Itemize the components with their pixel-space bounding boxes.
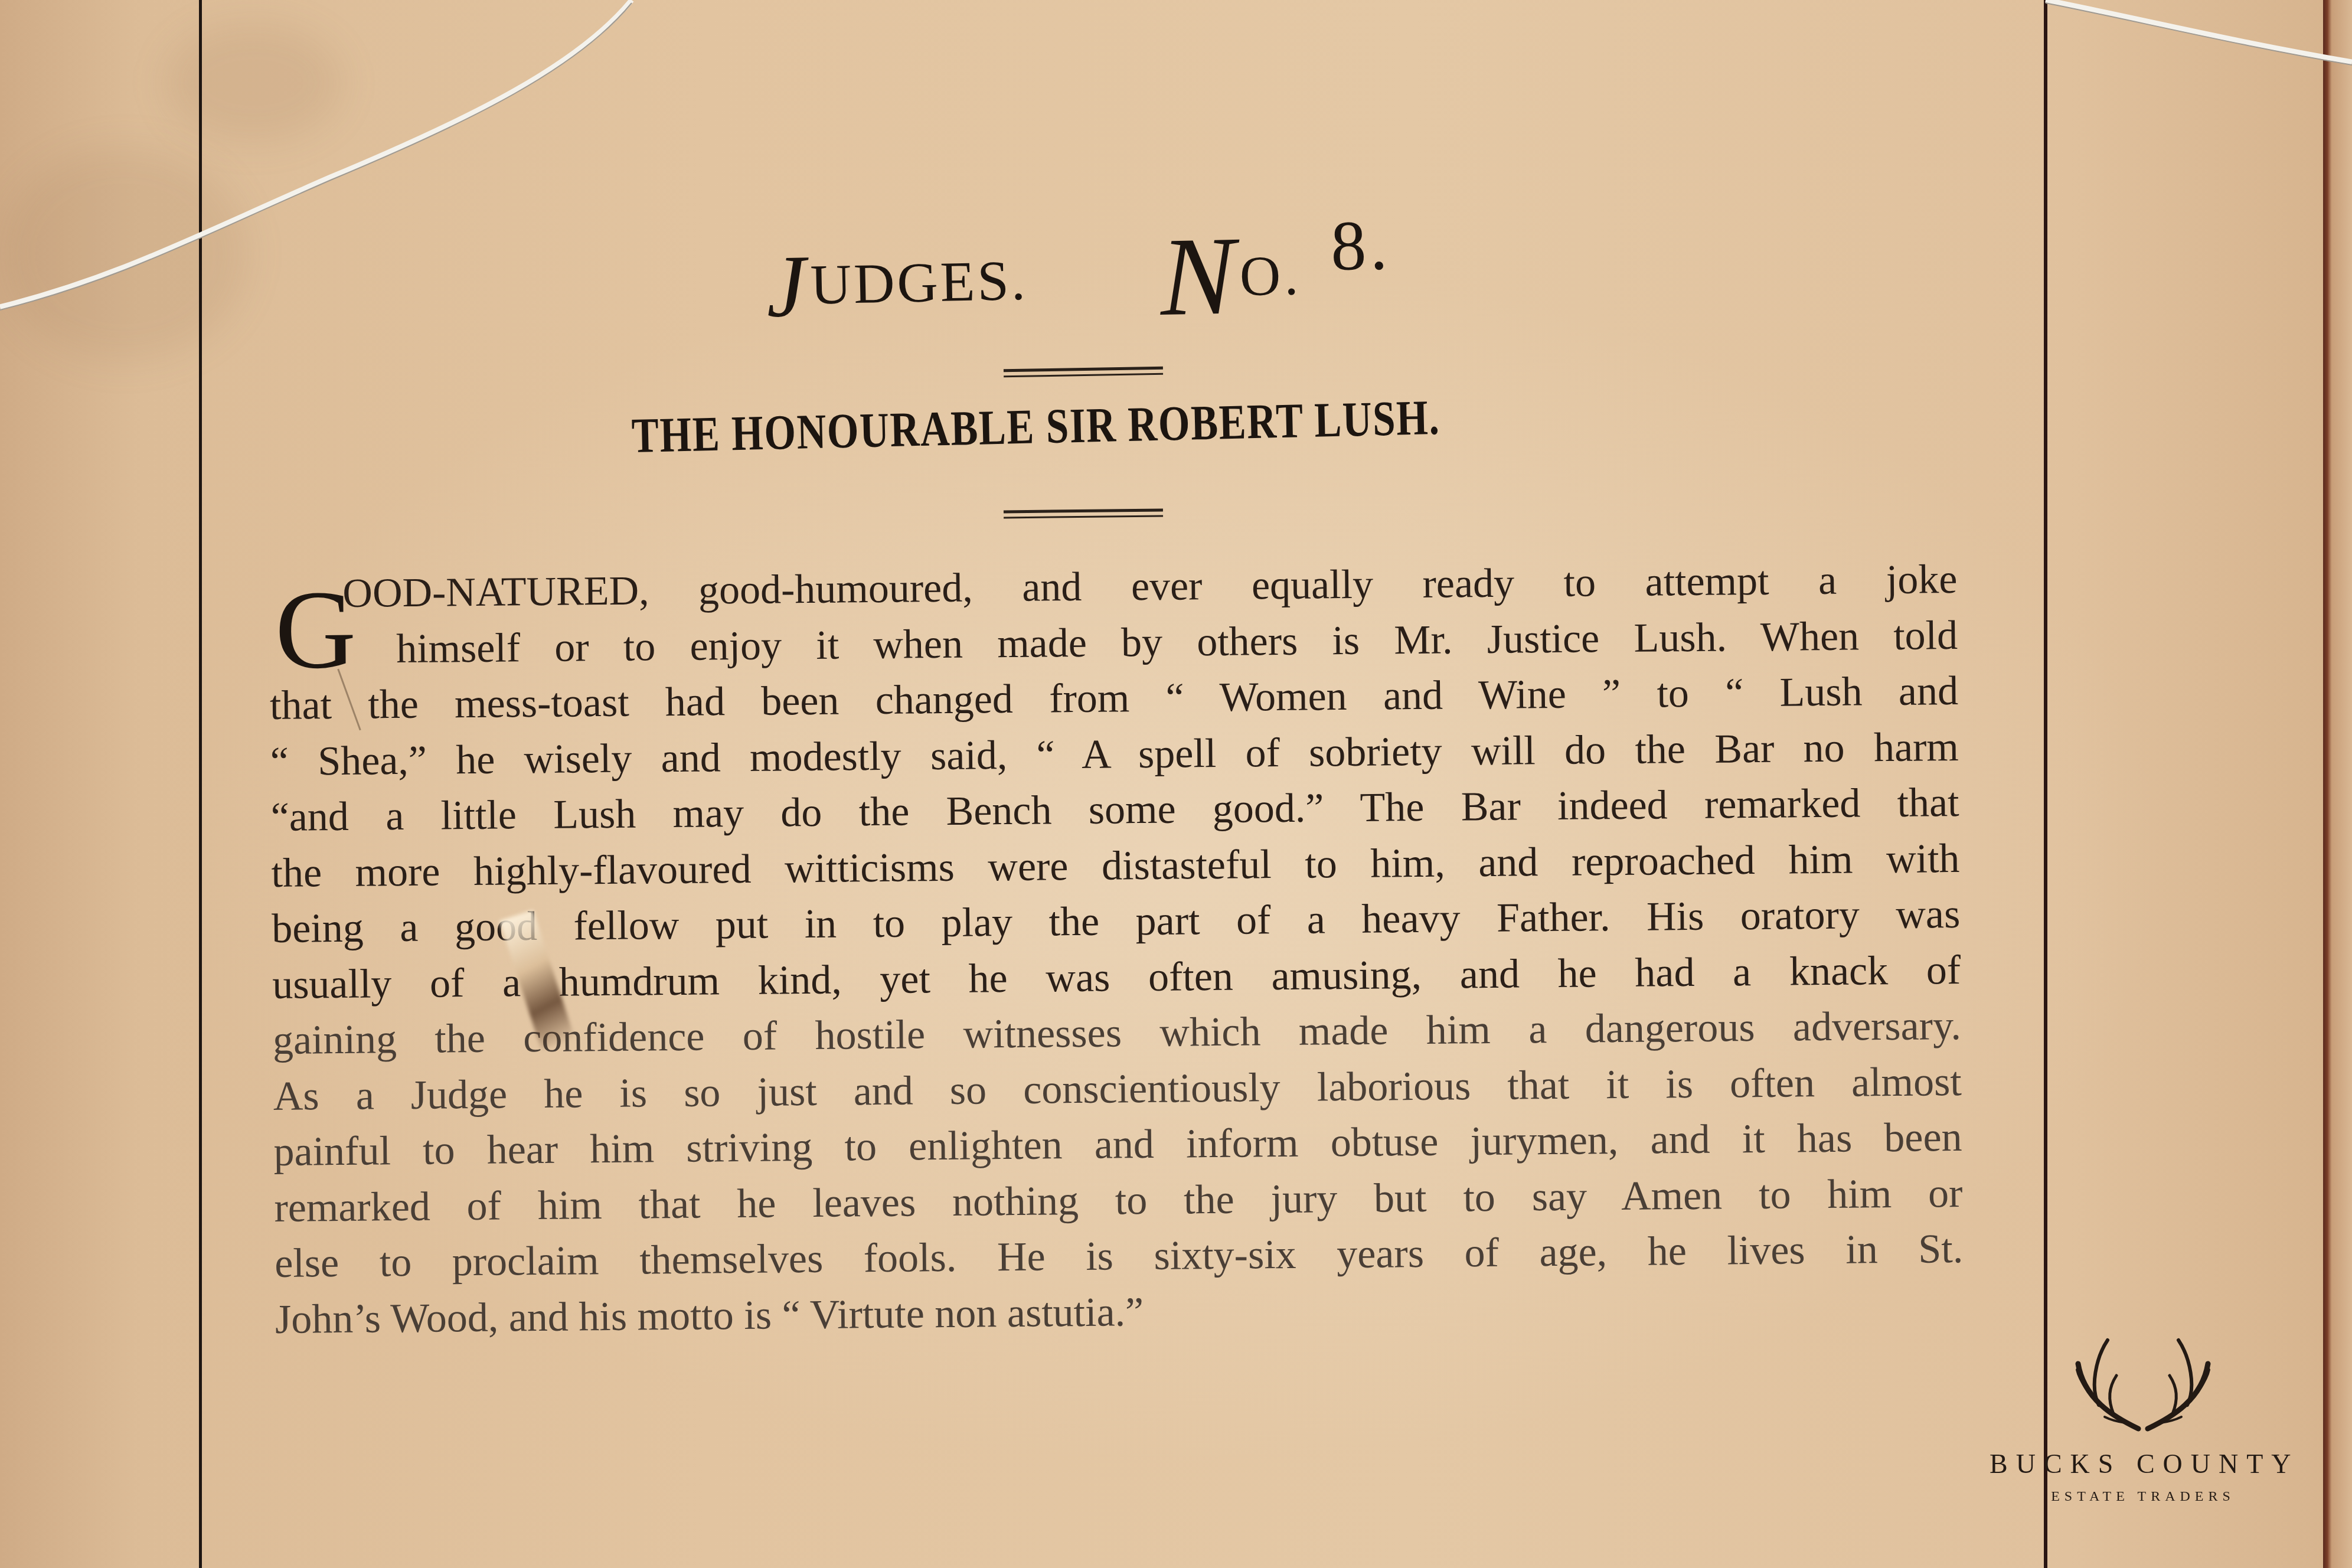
series-title: JUDGES. NO.8. bbox=[767, 195, 1476, 348]
watermark-title: BUCKS COUNTY bbox=[1990, 1448, 2297, 1479]
paper-stain bbox=[0, 148, 248, 360]
title-number: NO.8. bbox=[1159, 204, 1393, 342]
watermark-logo: BUCKS COUNTY ESTATE TRADERS bbox=[1990, 1334, 2297, 1505]
watermark-subtitle: ESTATE TRADERS bbox=[1990, 1489, 2297, 1505]
title-no-initial: N bbox=[1159, 211, 1240, 342]
left-margin-rule bbox=[199, 0, 202, 1568]
drop-cap: G bbox=[275, 577, 357, 684]
title-judges: JUDGES. bbox=[765, 231, 1028, 338]
title-judges-initial: J bbox=[765, 236, 809, 338]
ornamental-rule-bottom bbox=[1004, 509, 1163, 519]
title-judges-rest: UDGES. bbox=[810, 249, 1028, 316]
right-margin-rule bbox=[2044, 0, 2047, 1568]
title-no-rest: O. bbox=[1239, 243, 1303, 308]
antlers-icon bbox=[2072, 1334, 2214, 1432]
page-edge bbox=[2323, 0, 2352, 1568]
title-number-value: 8. bbox=[1330, 205, 1392, 285]
paper-stain bbox=[165, 24, 342, 142]
